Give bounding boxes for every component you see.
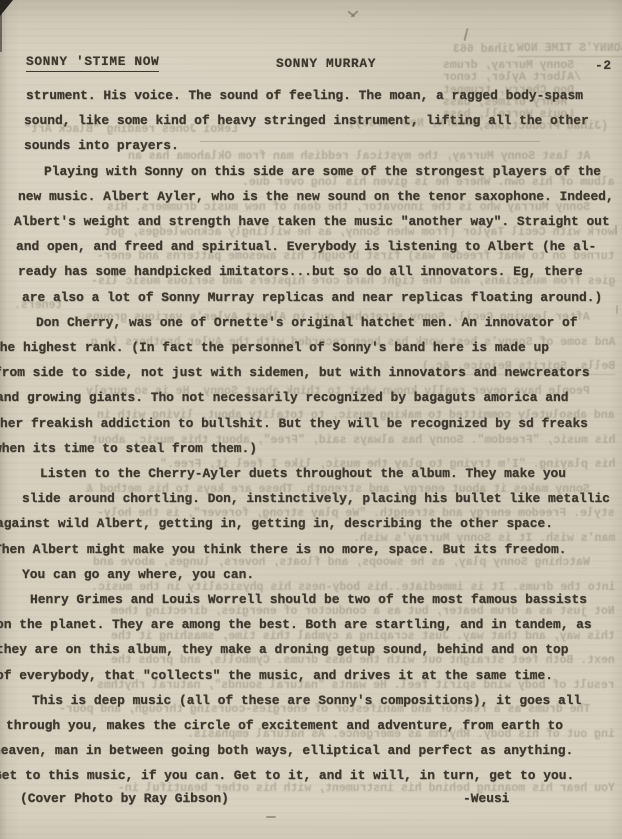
typed-line: through you, makes the circle of excitem… [6,718,563,733]
typed-line: Then Albert might make you think there i… [0,542,566,557]
bleedthrough-line: SONNY'S TIME NOW [517,42,622,57]
typed-line: Albert's weight and strength have taken … [14,214,610,229]
typed-line: This is deep music (all of these are Son… [32,693,581,708]
pencil-mark [266,816,276,818]
typed-line: and open, and freed and spiritual. Every… [16,239,596,254]
typed-line: and growing giants. Tho not necessarily … [0,390,568,405]
scan-edge-line [0,0,2,52]
document-title: SONNY 'STIME NOW [26,54,159,72]
bleedthrough-rule [200,141,540,142]
typed-line: on the planet. They are among the best. … [0,617,592,632]
bleedthrough-line: Jihad 663 [453,43,515,56]
typed-line: Get to this music, if you can. Get to it… [0,768,574,783]
pencil-mark [463,28,468,41]
pencil-mark [615,225,617,235]
typed-line: they are on this album, they make a dron… [0,642,568,657]
typed-line: Listen to the Cherry-Ayler duets through… [40,466,566,481]
pencil-mark [616,305,618,314]
typed-line: sound, like some kind of heavy stringed … [24,113,589,128]
typed-line: You can go any where, you can. [22,567,254,582]
page-header-center: SONNY MURRAY [276,56,376,71]
typed-line: slide around chortling. Don, instinctive… [22,491,610,506]
typed-line: the highest rank. (In fact the personnel… [0,340,549,355]
typed-line: against wild Albert, getting in, getting… [0,516,553,531]
typed-line: when its time to steal from them.) [0,441,257,456]
typed-line: her freakish addiction to bullshit. But … [0,416,588,431]
typed-line: Henry Grimes and Louis Worrell should be… [30,592,587,607]
scanned-document-page: SONNY'S TIME NOWJihad 663Sonny Murray, d… [0,0,622,839]
bleedthrough-line: At last Sonny Murray, the mystical reddi… [128,150,590,163]
typed-line: strument. His voice. The sound of feelin… [26,88,583,103]
author-signature: -Weusi [463,791,509,806]
typed-line: ready has some handpicked imitators...bu… [18,264,583,279]
typed-line: heaven, man in between going both ways, … [0,743,573,758]
typed-line: Don Cherry, was one of Ornette's origina… [36,315,578,330]
page-number: -2 [595,58,612,73]
typed-line: from side to side, not just with sidemen… [0,365,590,380]
typed-line: sounds into prayers. [24,138,179,153]
typed-line: Playing with Sonny on this side are some… [44,164,601,179]
typed-line: of everybody, that "collects" the music,… [0,668,553,683]
bleedthrough-line: /Albert Ayler, tenor [443,71,581,84]
typed-line: are also a lot of Sonny Murray replicas … [22,290,602,305]
typed-line: new music. Albert Ayler, who is the new … [18,189,614,204]
cover-photo-credit: (Cover Photo by Ray Gibson) [20,791,229,806]
